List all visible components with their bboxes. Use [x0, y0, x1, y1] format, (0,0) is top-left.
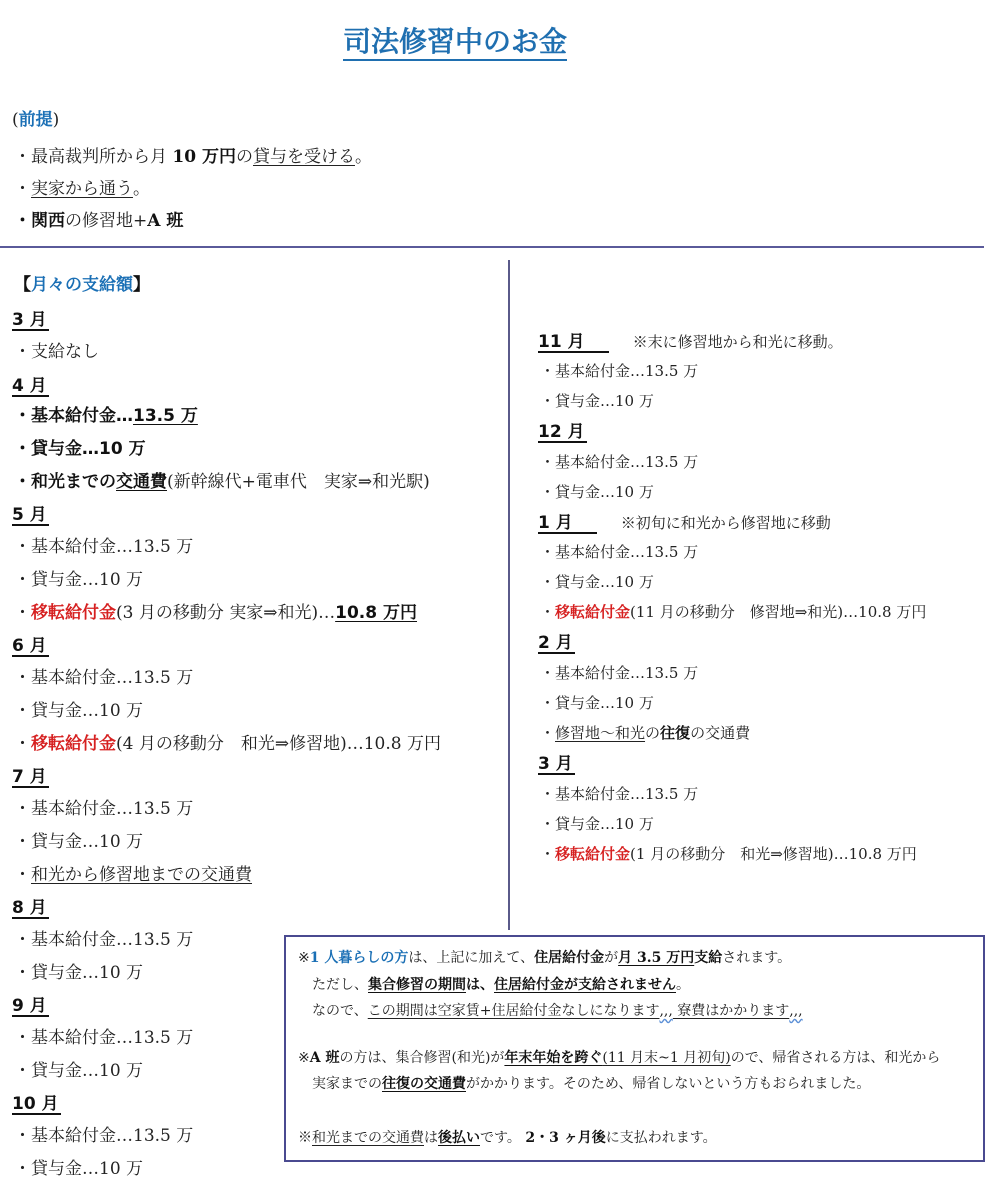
list-item: ・貸与金…10 万	[14, 963, 143, 983]
list-item: ・貸与金…10 万	[14, 1061, 143, 1081]
list-item: ・基本給付金…13.5 万	[540, 542, 698, 562]
page-title: 司法修習中のお金	[0, 20, 910, 60]
note-line: ただし、集合修習の期間は、住居給付金が支給されません。	[312, 974, 690, 994]
month-heading: 1 月※初旬に和光から修習地に移動	[538, 512, 831, 534]
list-item: ・貸与金…10 万	[540, 814, 654, 834]
note-line: なので、この期間は空家賃+住居給付金なしになります,,, 寮費はかかります,,,	[312, 1000, 803, 1020]
list-item: ・貸与金…10 万	[540, 482, 654, 502]
list-item: ・和光までの交通費(新幹線代+電車代 実家⇒和光駅)	[14, 472, 430, 492]
note-a-group: ※A 班の方は、集合修習(和光)が年末年始を跨ぐ(11 月末~1 月初旬)ので、…	[298, 1047, 940, 1067]
monthly-heading: 【月々の支給額】	[14, 275, 150, 295]
note-single-living: ※1 人暮らしの方は、上記に加えて、住居給付金が月 3.5 万円支給されます。	[298, 947, 791, 967]
note-line: 実家までの往復の交通費がかかります。そのため、帰省しないという方もおられました。	[312, 1073, 870, 1093]
list-item: ・和光から修習地までの交通費	[14, 865, 252, 885]
list-item: ・基本給付金…13.5 万	[540, 361, 698, 381]
notes-box: ※1 人暮らしの方は、上記に加えて、住居給付金が月 3.5 万円支給されます。 …	[284, 935, 985, 1162]
note-deferred-payment: ※和光までの交通費は後払いです。 2・3 ヶ月後に支払われます。	[298, 1127, 717, 1147]
list-item: ・移転給付金(3 月の移動分 実家⇒和光)…10.8 万円	[14, 603, 417, 623]
list-item: ・基本給付金…13.5 万	[540, 784, 698, 804]
month-heading: 12 月	[538, 422, 587, 443]
list-item: ・基本給付金…13.5 万	[14, 406, 198, 426]
list-item: ・基本給付金…13.5 万	[540, 663, 698, 683]
list-item: ・貸与金…10 万	[540, 572, 654, 592]
list-item: ・基本給付金…13.5 万	[14, 1028, 193, 1048]
list-item: ・貸与金…10 万	[14, 570, 143, 590]
month-heading: 2 月	[538, 633, 575, 654]
list-item: ・基本給付金…13.5 万	[14, 1126, 193, 1146]
month-heading: 3 月	[538, 754, 575, 775]
month-heading: 5 月	[12, 505, 49, 526]
premise-item: ・関西の修習地+A 班	[14, 211, 183, 231]
list-item: ・基本給付金…13.5 万	[14, 537, 193, 557]
month-heading: 8 月	[12, 898, 49, 919]
list-item: ・移転給付金(4 月の移動分 和光⇒修習地)…10.8 万円	[14, 734, 441, 754]
month-heading: 4 月	[12, 376, 49, 397]
list-item: ・貸与金…10 万	[14, 439, 146, 459]
premise-item: ・最高裁判所から月 10 万円の貸与を受ける。	[14, 147, 372, 167]
list-item: ・移転給付金(11 月の移動分 修習地⇒和光)…10.8 万円	[540, 602, 926, 622]
list-item: ・基本給付金…13.5 万	[540, 452, 698, 472]
list-item: ・基本給付金…13.5 万	[14, 799, 193, 819]
month-heading: 10 月	[12, 1094, 61, 1115]
list-item: ・移転給付金(1 月の移動分 和光⇒修習地)…10.8 万円	[540, 844, 917, 864]
premise-heading: (前提)	[12, 110, 59, 130]
list-item: ・支給なし	[14, 342, 99, 362]
month-heading: 3 月	[12, 310, 49, 331]
list-item: ・貸与金…10 万	[540, 693, 654, 713]
list-item: ・基本給付金…13.5 万	[14, 930, 193, 950]
vertical-divider	[508, 260, 510, 930]
month-heading: 9 月	[12, 996, 49, 1017]
list-item: ・修習地～和光の往復の交通費	[540, 723, 750, 743]
list-item: ・貸与金…10 万	[14, 701, 143, 721]
month-heading: 6 月	[12, 636, 49, 657]
month-heading: 7 月	[12, 767, 49, 788]
month-heading: 11 月※末に修習地から和光に移動。	[538, 331, 843, 353]
list-item: ・貸与金…10 万	[14, 1159, 143, 1179]
list-item: ・貸与金…10 万	[540, 391, 654, 411]
premise-item: ・実家から通う。	[14, 179, 150, 199]
list-item: ・基本給付金…13.5 万	[14, 668, 193, 688]
list-item: ・貸与金…10 万	[14, 832, 143, 852]
horizontal-divider	[0, 246, 984, 248]
